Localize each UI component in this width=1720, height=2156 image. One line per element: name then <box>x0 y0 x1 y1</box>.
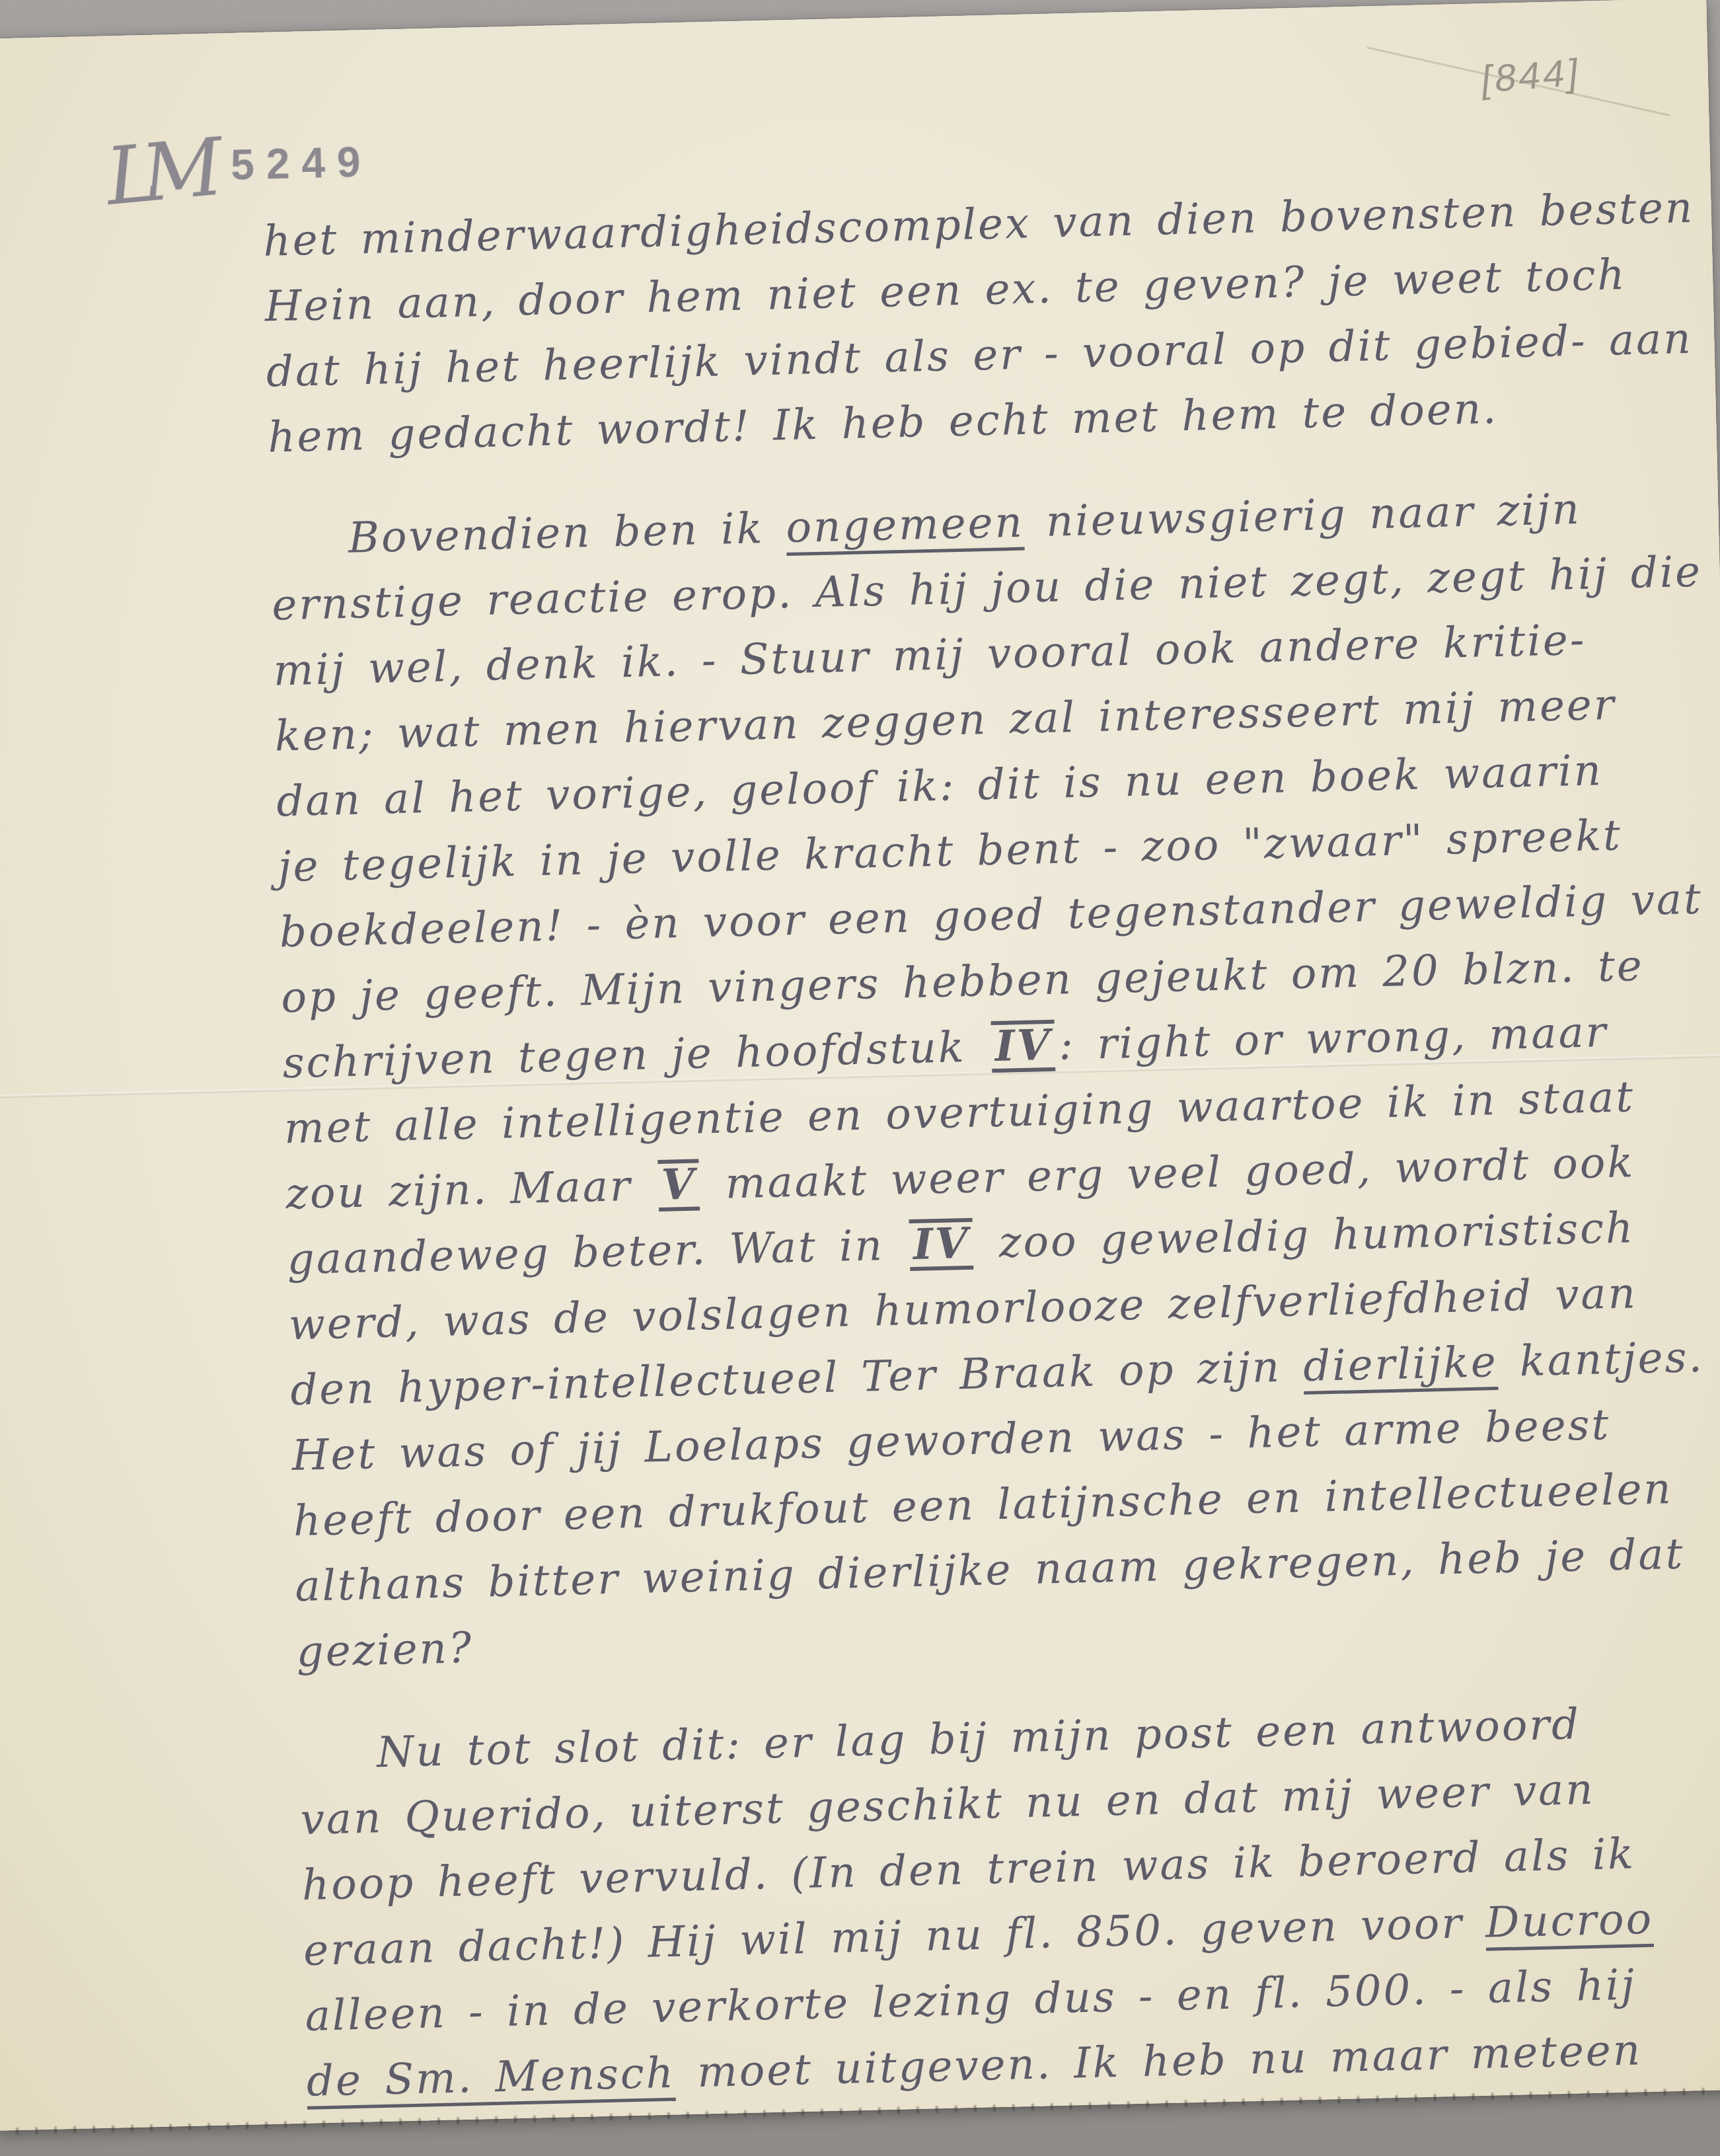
lm-monogram-icon: LM <box>102 123 210 223</box>
scanned-letter-page: LM5249 [844] het minderwaardigheidscompl… <box>0 0 1720 2156</box>
text-segment: : right or wrong, maar <box>1058 1008 1608 1070</box>
pencil-page-number: [844] <box>1479 50 1583 102</box>
letter-paper-sheet: LM5249 [844] het minderwaardigheidscompl… <box>0 0 1720 2131</box>
archive-stamp: LM5249 <box>105 122 373 220</box>
text-segment: nieuwsgierig naar zijn <box>1024 485 1582 547</box>
text-segment: Bovendien ben ik <box>348 504 786 563</box>
underlined-word: Ducroo <box>1485 1895 1654 1948</box>
text-segment: zou zijn. Maar <box>285 1161 655 1219</box>
text-segment: gezien? <box>296 1624 474 1677</box>
underlined-word: dierlijke <box>1302 1338 1498 1391</box>
roman-numeral-chapter: IV <box>909 1218 973 1271</box>
stamp-number: 5249 <box>230 138 373 189</box>
text-segment: gaandeweg beter. Wat in <box>287 1221 907 1284</box>
text-segment: zoo geweldig humoristisch <box>977 1204 1635 1268</box>
text-segment: schrijven tegen je hoofdstuk <box>282 1022 989 1088</box>
underlined-word: de Sm. Mensch <box>306 2049 676 2106</box>
underlined-word: ongemeen <box>786 498 1025 553</box>
roman-numeral-chapter: V <box>657 1159 700 1211</box>
handwritten-letter-body: het minderwaardigheidscomplex van dien b… <box>262 176 1720 2115</box>
roman-numeral-chapter: IV <box>991 1020 1055 1073</box>
text-segment: kantjes. <box>1497 1333 1705 1387</box>
